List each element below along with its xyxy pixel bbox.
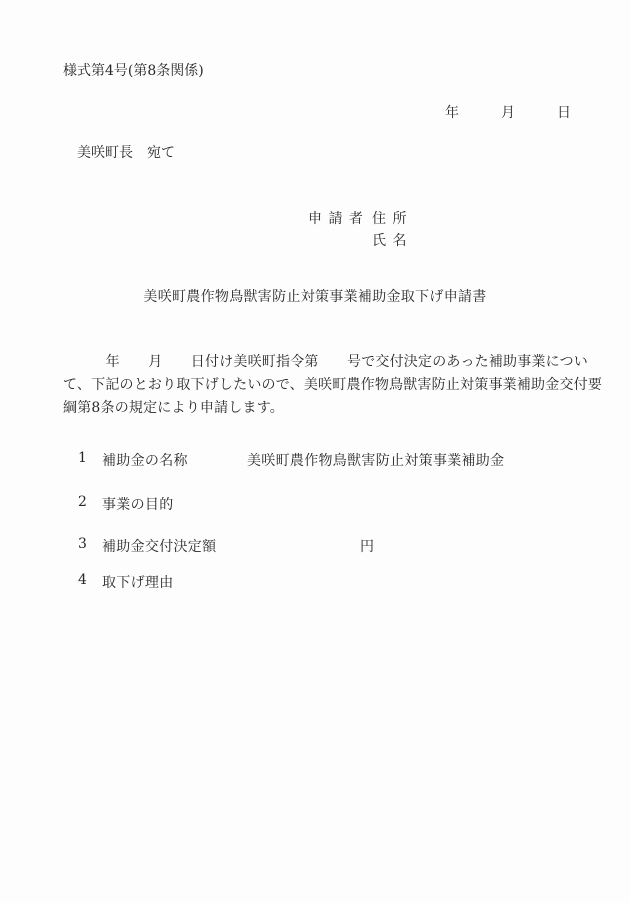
item-number: 4 [78,572,87,588]
item-label: 補助金交付決定額 [102,536,216,556]
item-value: 円 [360,536,374,556]
applicant-role-label: 申 請 者 [308,211,364,227]
applicant-name-label: 氏 名 [372,233,407,249]
item-row-withdrawal-reason: 4 取下げ理由 [0,572,630,590]
item-label: 補助金の名称 [102,450,188,470]
item-row-project-purpose: 2 事業の目的 [0,494,630,512]
item-row-subsidy-name: 1 補助金の名称 美咲町農作物鳥獣害防止対策事業補助金 [0,450,630,468]
item-value: 美咲町農作物鳥獣害防止対策事業補助金 [247,450,504,470]
item-number: 3 [78,536,87,552]
document-page: 様式第4号(第8条関係) 年 月 日 美咲町長 宛て 申 請 者 住 所 氏 名… [0,0,630,903]
item-label: 事業の目的 [102,494,174,514]
addressee-line: 美咲町長 宛て [77,145,175,161]
applicant-address-label: 住 所 [372,211,407,227]
body-paragraph-line: 年 月 日付け美咲町指令第 号で交付決定のあった補助事業につい [63,351,603,374]
body-paragraph-line: 綱第8条の規定により申請します。 [63,397,603,420]
body-paragraph: 年 月 日付け美咲町指令第 号で交付決定のあった補助事業につい て、下記のとおり… [63,351,603,420]
form-number: 様式第4号(第8条関係) [63,63,204,79]
date-line: 年 月 日 [445,105,571,121]
item-row-grant-decision-amount: 3 補助金交付決定額 円 [0,536,630,554]
body-paragraph-line: て、下記のとおり取下げしたいので、美咲町農作物鳥獣害防止対策事業補助金交付要 [63,374,603,397]
document-title: 美咲町農作物鳥獣害防止対策事業補助金取下げ申請書 [0,286,630,306]
item-number: 1 [78,450,87,466]
item-number: 2 [78,494,87,510]
item-label: 取下げ理由 [102,572,174,592]
